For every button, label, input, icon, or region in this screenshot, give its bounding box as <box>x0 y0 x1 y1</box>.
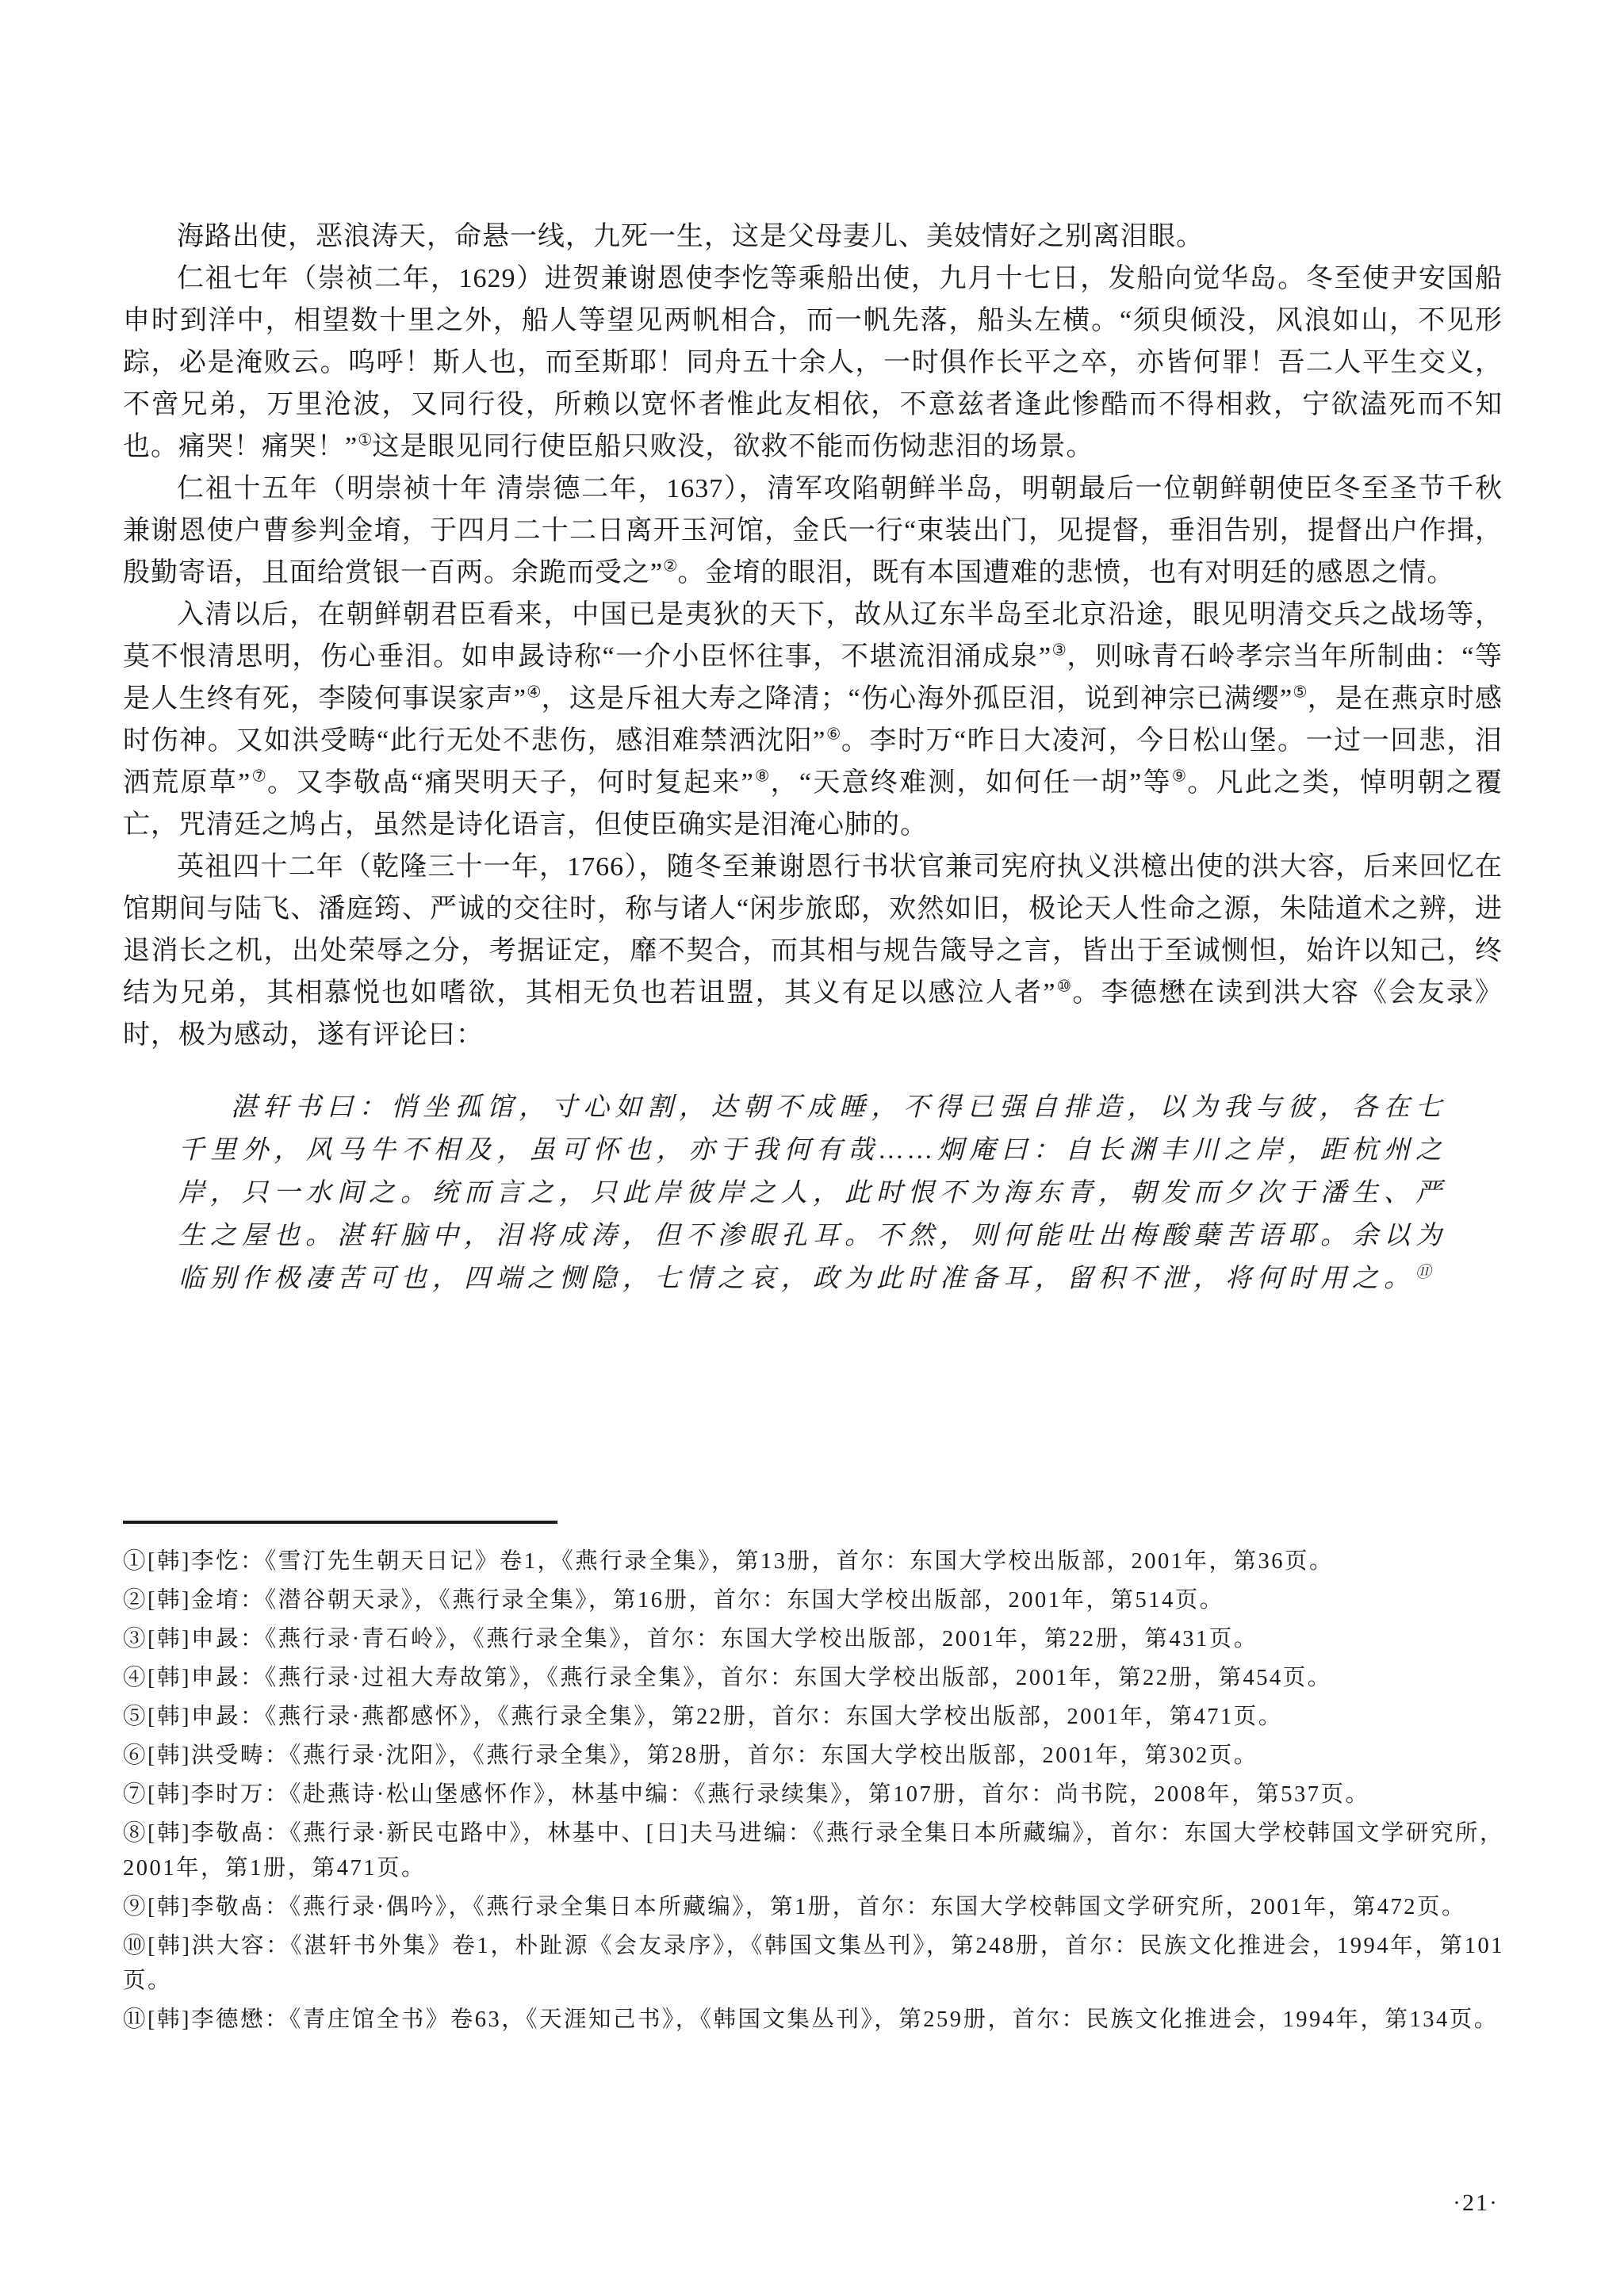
footnote-ref: ⑪ <box>1415 1264 1431 1281</box>
page-number: ·21· <box>1453 2190 1499 2217</box>
footnote-item: ⑥[韩]洪受畴：《燕行录·沈阳》，《燕行录全集》，第28册，首尔：东国大学校出版… <box>123 1739 1504 1774</box>
body-paragraph: 仁祖七年（崇祯二年，1629）进贺兼谢恩使李忔等乘船出使，九月十七日，发船向觉华… <box>123 258 1503 468</box>
footnote-divider <box>123 1521 557 1524</box>
footnote-item: ③[韩]申晸：《燕行录·青石岭》，《燕行录全集》，首尔：东国大学校出版部，200… <box>123 1622 1504 1657</box>
footnotes: ①[韩]李忔：《雪汀先生朝天日记》卷1，《燕行录全集》，第13册，首尔：东国大学… <box>123 1544 1504 2042</box>
quote-block: 湛轩书曰：悄坐孤馆，寸心如割，达朝不成睡，不得已强自排造，以为我与彼，各在七千里… <box>178 1086 1447 1300</box>
body-paragraphs: 海路出使，恶浪涛天，命悬一线，九死一生，这是父母妻儿、美妓情好之别离泪眼。仁祖七… <box>123 216 1503 1056</box>
footnote-item: ②[韩]金堉：《潜谷朝天录》，《燕行录全集》，第16册，首尔：东国大学校出版部，… <box>123 1583 1504 1618</box>
body-paragraph: 海路出使，恶浪涛天，命悬一线，九死一生，这是父母妻儿、美妓情好之别离泪眼。 <box>123 216 1503 258</box>
footnote-ref: ③ <box>1051 642 1067 660</box>
footnote-item: ①[韩]李忔：《雪汀先生朝天日记》卷1，《燕行录全集》，第13册，首尔：东国大学… <box>123 1544 1504 1579</box>
body-paragraph: 仁祖十五年（明崇祯十年 清崇德二年，1637），清军攻陷朝鲜半岛，明朝最后一位朝… <box>123 468 1503 594</box>
footnote-item: ④[韩]申晸：《燕行录·过祖大寿故第》，《燕行录全集》，首尔：东国大学校出版部，… <box>123 1661 1504 1696</box>
footnote-ref: ⑥ <box>825 726 841 744</box>
footnote-ref: ⑨ <box>1172 768 1188 786</box>
footnote-item: ⑪[韩]李德懋：《青庄馆全书》卷63，《天涯知己书》，《韩国文集丛刊》，第259… <box>123 2003 1504 2038</box>
body-text: 海路出使，恶浪涛天，命悬一线，九死一生，这是父母妻儿、美妓情好之别离泪眼。仁祖七… <box>123 216 1503 1300</box>
footnote-ref: ⑤ <box>1293 684 1308 702</box>
footnote-ref: ⑦ <box>251 768 267 786</box>
body-paragraph: 英祖四十二年（乾隆三十一年，1766），随冬至兼谢恩行书状官兼司宪府执义洪檍出使… <box>123 846 1503 1056</box>
footnote-ref: ⑧ <box>754 768 771 786</box>
body-paragraph: 入清以后，在朝鲜朝君臣看来，中国已是夷狄的天下，故从辽东半岛至北京沿途，眼见明清… <box>123 594 1503 846</box>
document-page: 海路出使，恶浪涛天，命悬一线，九死一生，这是父母妻儿、美妓情好之别离泪眼。仁祖七… <box>0 0 1624 2296</box>
footnote-item: ⑤[韩]申晸：《燕行录·燕都感怀》，《燕行录全集》，第22册，首尔：东国大学校出… <box>123 1700 1504 1735</box>
footnote-ref: ④ <box>527 684 542 702</box>
footnote-item: ⑦[韩]李时万：《赴燕诗·松山堡感怀作》，林基中编：《燕行录续集》，第107册，… <box>123 1777 1504 1812</box>
footnote-item: ⑩[韩]洪大容：《湛轩书外集》卷1，朴趾源《会友录序》，《韩国文集丛刊》，第24… <box>123 1929 1504 1999</box>
footnote-item: ⑨[韩]李敬卨：《燕行录·偶吟》，《燕行录全集日本所藏编》，第1册，首尔：东国大… <box>123 1890 1504 1925</box>
footnote-item: ⑧[韩]李敬卨：《燕行录·新民屯路中》，林基中、[日]夫马进编：《燕行录全集日本… <box>123 1816 1504 1886</box>
footnote-ref: ① <box>358 432 372 450</box>
footnote-ref: ② <box>663 558 677 576</box>
footnote-ref: ⑩ <box>1056 978 1073 996</box>
